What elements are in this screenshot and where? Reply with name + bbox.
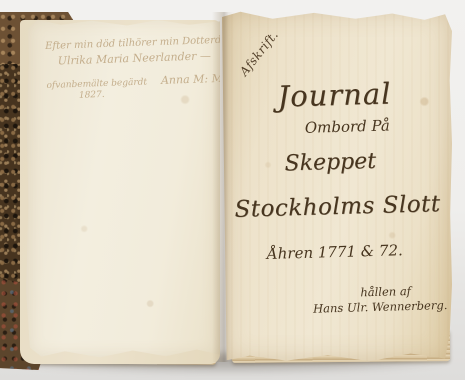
corner-note-afskrift: Afskrift.: [237, 28, 281, 79]
title-page-handwriting: Afskrift. Journal Ombord På Skeppet Stoc…: [217, 7, 457, 365]
faded-ownership-inscription: Efter min död tilhörer min Dotterdotter …: [45, 35, 217, 102]
journal-title: Journal: [219, 75, 450, 115]
left-page: Efter min död tilhörer min Dotterdotter …: [26, 18, 220, 358]
open-journal-book: Efter min död tilhörer min Dotterdotter …: [0, 8, 458, 370]
title-line-ombord: Ombord På: [232, 114, 462, 138]
right-page-title: Afskrift. Journal Ombord På Skeppet Stoc…: [222, 10, 452, 362]
ship-name: Stockholms Slott: [222, 191, 453, 223]
title-line-years: Åhren 1771 & 72.: [220, 240, 450, 264]
byline-author-signature: Hans Ulr. Wennerberg.: [313, 298, 448, 316]
byline-hallen-af: hållen af: [360, 284, 411, 299]
inscription-line: Ulrika Maria Neerlander —: [57, 49, 215, 68]
title-line-skeppet: Skeppet: [215, 147, 446, 178]
photo-backdrop: Efter min död tilhörer min Dotterdotter …: [0, 0, 465, 380]
